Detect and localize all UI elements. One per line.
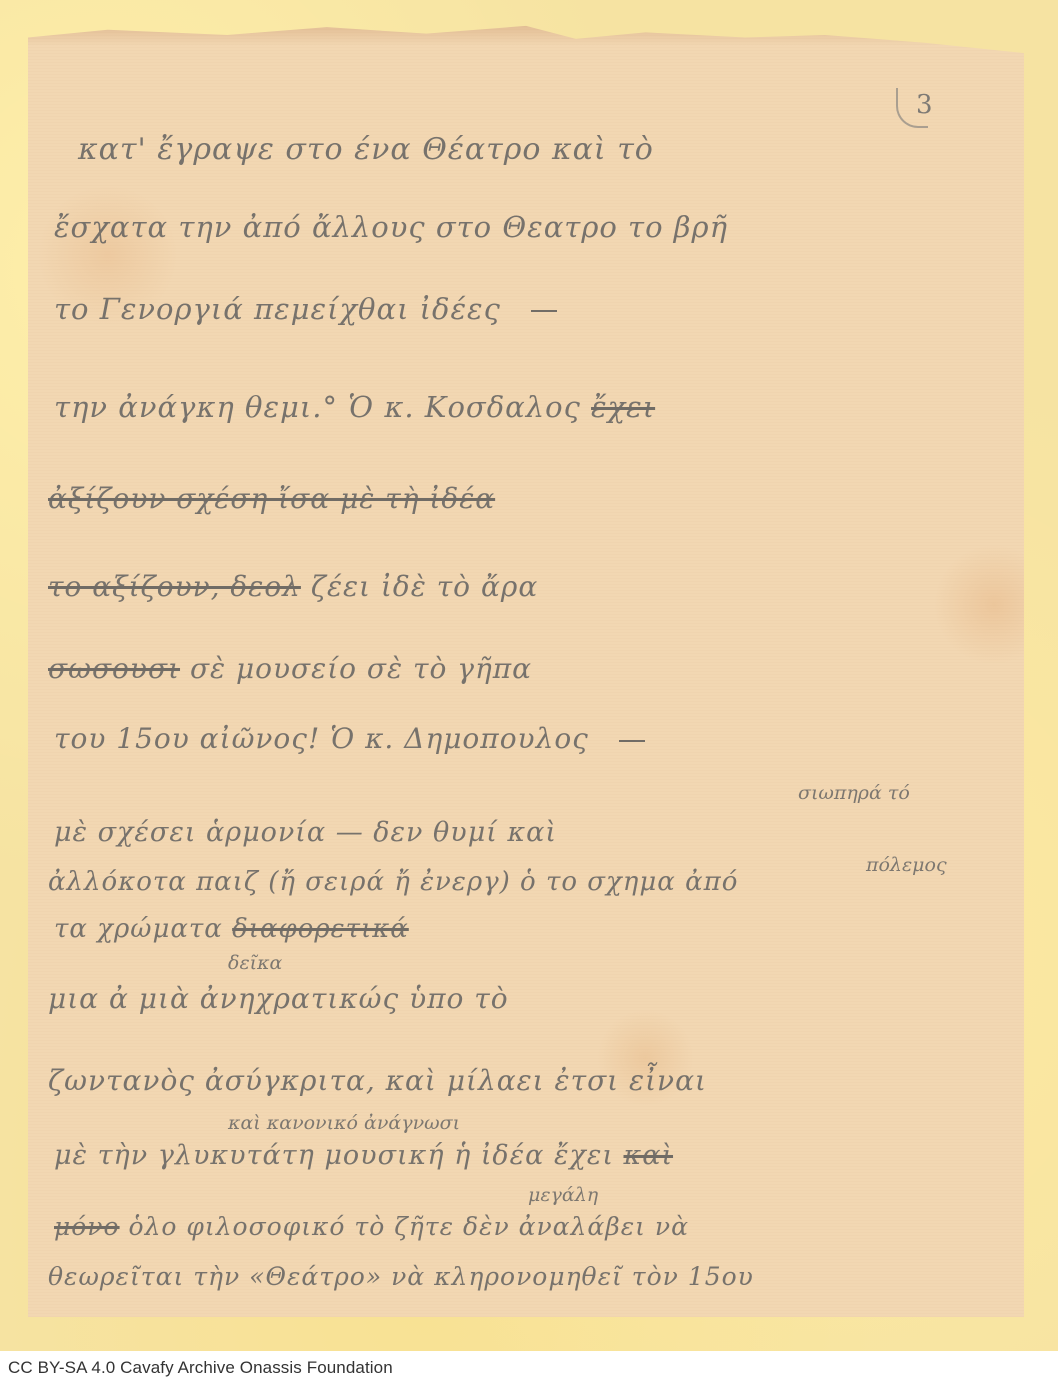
handwritten-line-6: το αξίζουν, δεολ ζέει ἰδὲ τὸ ἄρα [48, 570, 538, 603]
line-text: μὲ τὴν γλυκυτάτη μουσική ἡ ἰδέα ἔχει [54, 1140, 614, 1171]
handwritten-line-13: ζωντανὸς ἀσύγκριτα, καὶ μίλαει ἐτσι εἶνα… [48, 1064, 707, 1097]
interlinear-note-6: μεγάλη [528, 1184, 598, 1206]
line-text: ζέει ἰδὲ τὸ ἄρα [311, 570, 538, 603]
page-number: 3 [916, 90, 933, 120]
struck-text: καὶ [624, 1140, 674, 1171]
handwritten-line-14: μὲ τὴν γλυκυτάτη μουσική ἡ ἰδέα ἔχει καὶ [54, 1140, 673, 1171]
interlinear-note-4: δεῖκα [228, 952, 282, 974]
line-text: τα χρώματα [54, 914, 223, 944]
handwritten-line-2: ἔσχατα την ἀπό ἄλλους στο Θεατρο το βρῆ [54, 210, 728, 244]
dash-mark [531, 310, 557, 312]
struck-text: μόνο [54, 1212, 120, 1241]
line-text: το Γενοργιά πεμείχθαι ἰδέες [54, 292, 501, 326]
handwritten-line-5: ἀξίζουν σχέση ἴσα μὲ τὴ ἰδέα [48, 482, 495, 515]
interlinear-note-2: σιωπηρά τό [798, 782, 910, 804]
interlinear-note-3: πόλεμος [866, 854, 947, 876]
struck-text: διαφορετικά [232, 914, 409, 944]
handwritten-line-4: την ἀνάγκη θεμι.° Ὁ κ. Κοσδαλος ἔχει [54, 390, 655, 424]
line-text: την ἀνάγκη θεμι.° Ὁ κ. Κοσδαλος [54, 390, 581, 424]
line-text: ὁλο φιλοσοφικό τὸ ζῆτε δὲν ἀναλάβει νὰ [129, 1212, 689, 1241]
struck-text: ἀξίζουν σχέση ἴσα μὲ τὴ ἰδέα [48, 482, 495, 515]
line-text: σὲ μουσείο σὲ τὸ γῆπα [190, 652, 532, 685]
dash-mark [619, 740, 645, 742]
line-text: θεωρεῖται τὴν «Θεάτρο» νὰ κληρονομηθεῖ τ… [48, 1262, 754, 1291]
struck-text: σωσουσι [48, 652, 180, 685]
line-text: του 15ου αἰῶνος! Ὁ κ. Δημοπουλος [54, 722, 589, 755]
handwritten-line-10: ἀλλόκοτα παιζ (ἤ σειρά ἤ ἐνεργ) ὁ το σχη… [48, 867, 738, 897]
license-caption: CC BY-SA 4.0 Cavafy Archive Onassis Foun… [8, 1358, 393, 1378]
handwritten-line-3: το Γενοργιά πεμείχθαι ἰδέες [54, 292, 557, 326]
handwritten-line-7: σωσουσι σὲ μουσείο σὲ τὸ γῆπα [48, 652, 532, 685]
handwritten-line-12: μια ἀ μιὰ ἀνηχρατικώς ὑπο τὸ [48, 982, 509, 1015]
handwritten-line-8: του 15ου αἰῶνος! Ὁ κ. Δημοπουλος [54, 722, 645, 755]
struck-text: το αξίζουν, δεολ [48, 570, 301, 603]
line-text: ἔσχατα την ἀπό ἄλλους στο Θεατρο το βρῆ [54, 210, 728, 244]
torn-top-edge [28, 22, 1024, 62]
handwritten-line-16: θεωρεῖται τὴν «Θεάτρο» νὰ κληρονομηθεῖ τ… [48, 1262, 754, 1291]
line-text: κατ' ἔγραψε στο ένα Θέατρο καὶ τὸ [78, 132, 654, 167]
manuscript-page: 3 κατ' ἔγραψε στο ένα Θέατρο καὶ τὸ ἔσχα… [28, 22, 1024, 1317]
line-text: μὲ σχέσει ἁρμονία — δεν θυμί καὶ [54, 817, 557, 848]
handwritten-line-1: κατ' ἔγραψε στο ένα Θέατρο καὶ τὸ [78, 132, 654, 167]
handwritten-line-11: τα χρώματα διαφορετικά [54, 914, 409, 944]
page-number-bracket [896, 88, 928, 128]
line-text: μια ἀ μιὰ ἀνηχρατικώς ὑπο τὸ [48, 982, 509, 1015]
handwritten-line-9: μὲ σχέσει ἁρμονία — δεν θυμί καὶ [54, 817, 557, 848]
line-text: ζωντανὸς ἀσύγκριτα, καὶ μίλαει ἐτσι εἶνα… [48, 1064, 707, 1097]
handwritten-line-15: μόνο ὁλο φιλοσοφικό τὸ ζῆτε δὲν ἀναλάβει… [54, 1212, 689, 1241]
interlinear-note-5: καὶ κανονικό ἀνάγνωσι [228, 1112, 460, 1134]
scan-background: 3 κατ' ἔγραψε στο ένα Θέατρο καὶ τὸ ἔσχα… [0, 0, 1058, 1351]
struck-text: ἔχει [591, 390, 655, 424]
line-text: ἀλλόκοτα παιζ (ἤ σειρά ἤ ἐνεργ) ὁ το σχη… [48, 867, 738, 897]
